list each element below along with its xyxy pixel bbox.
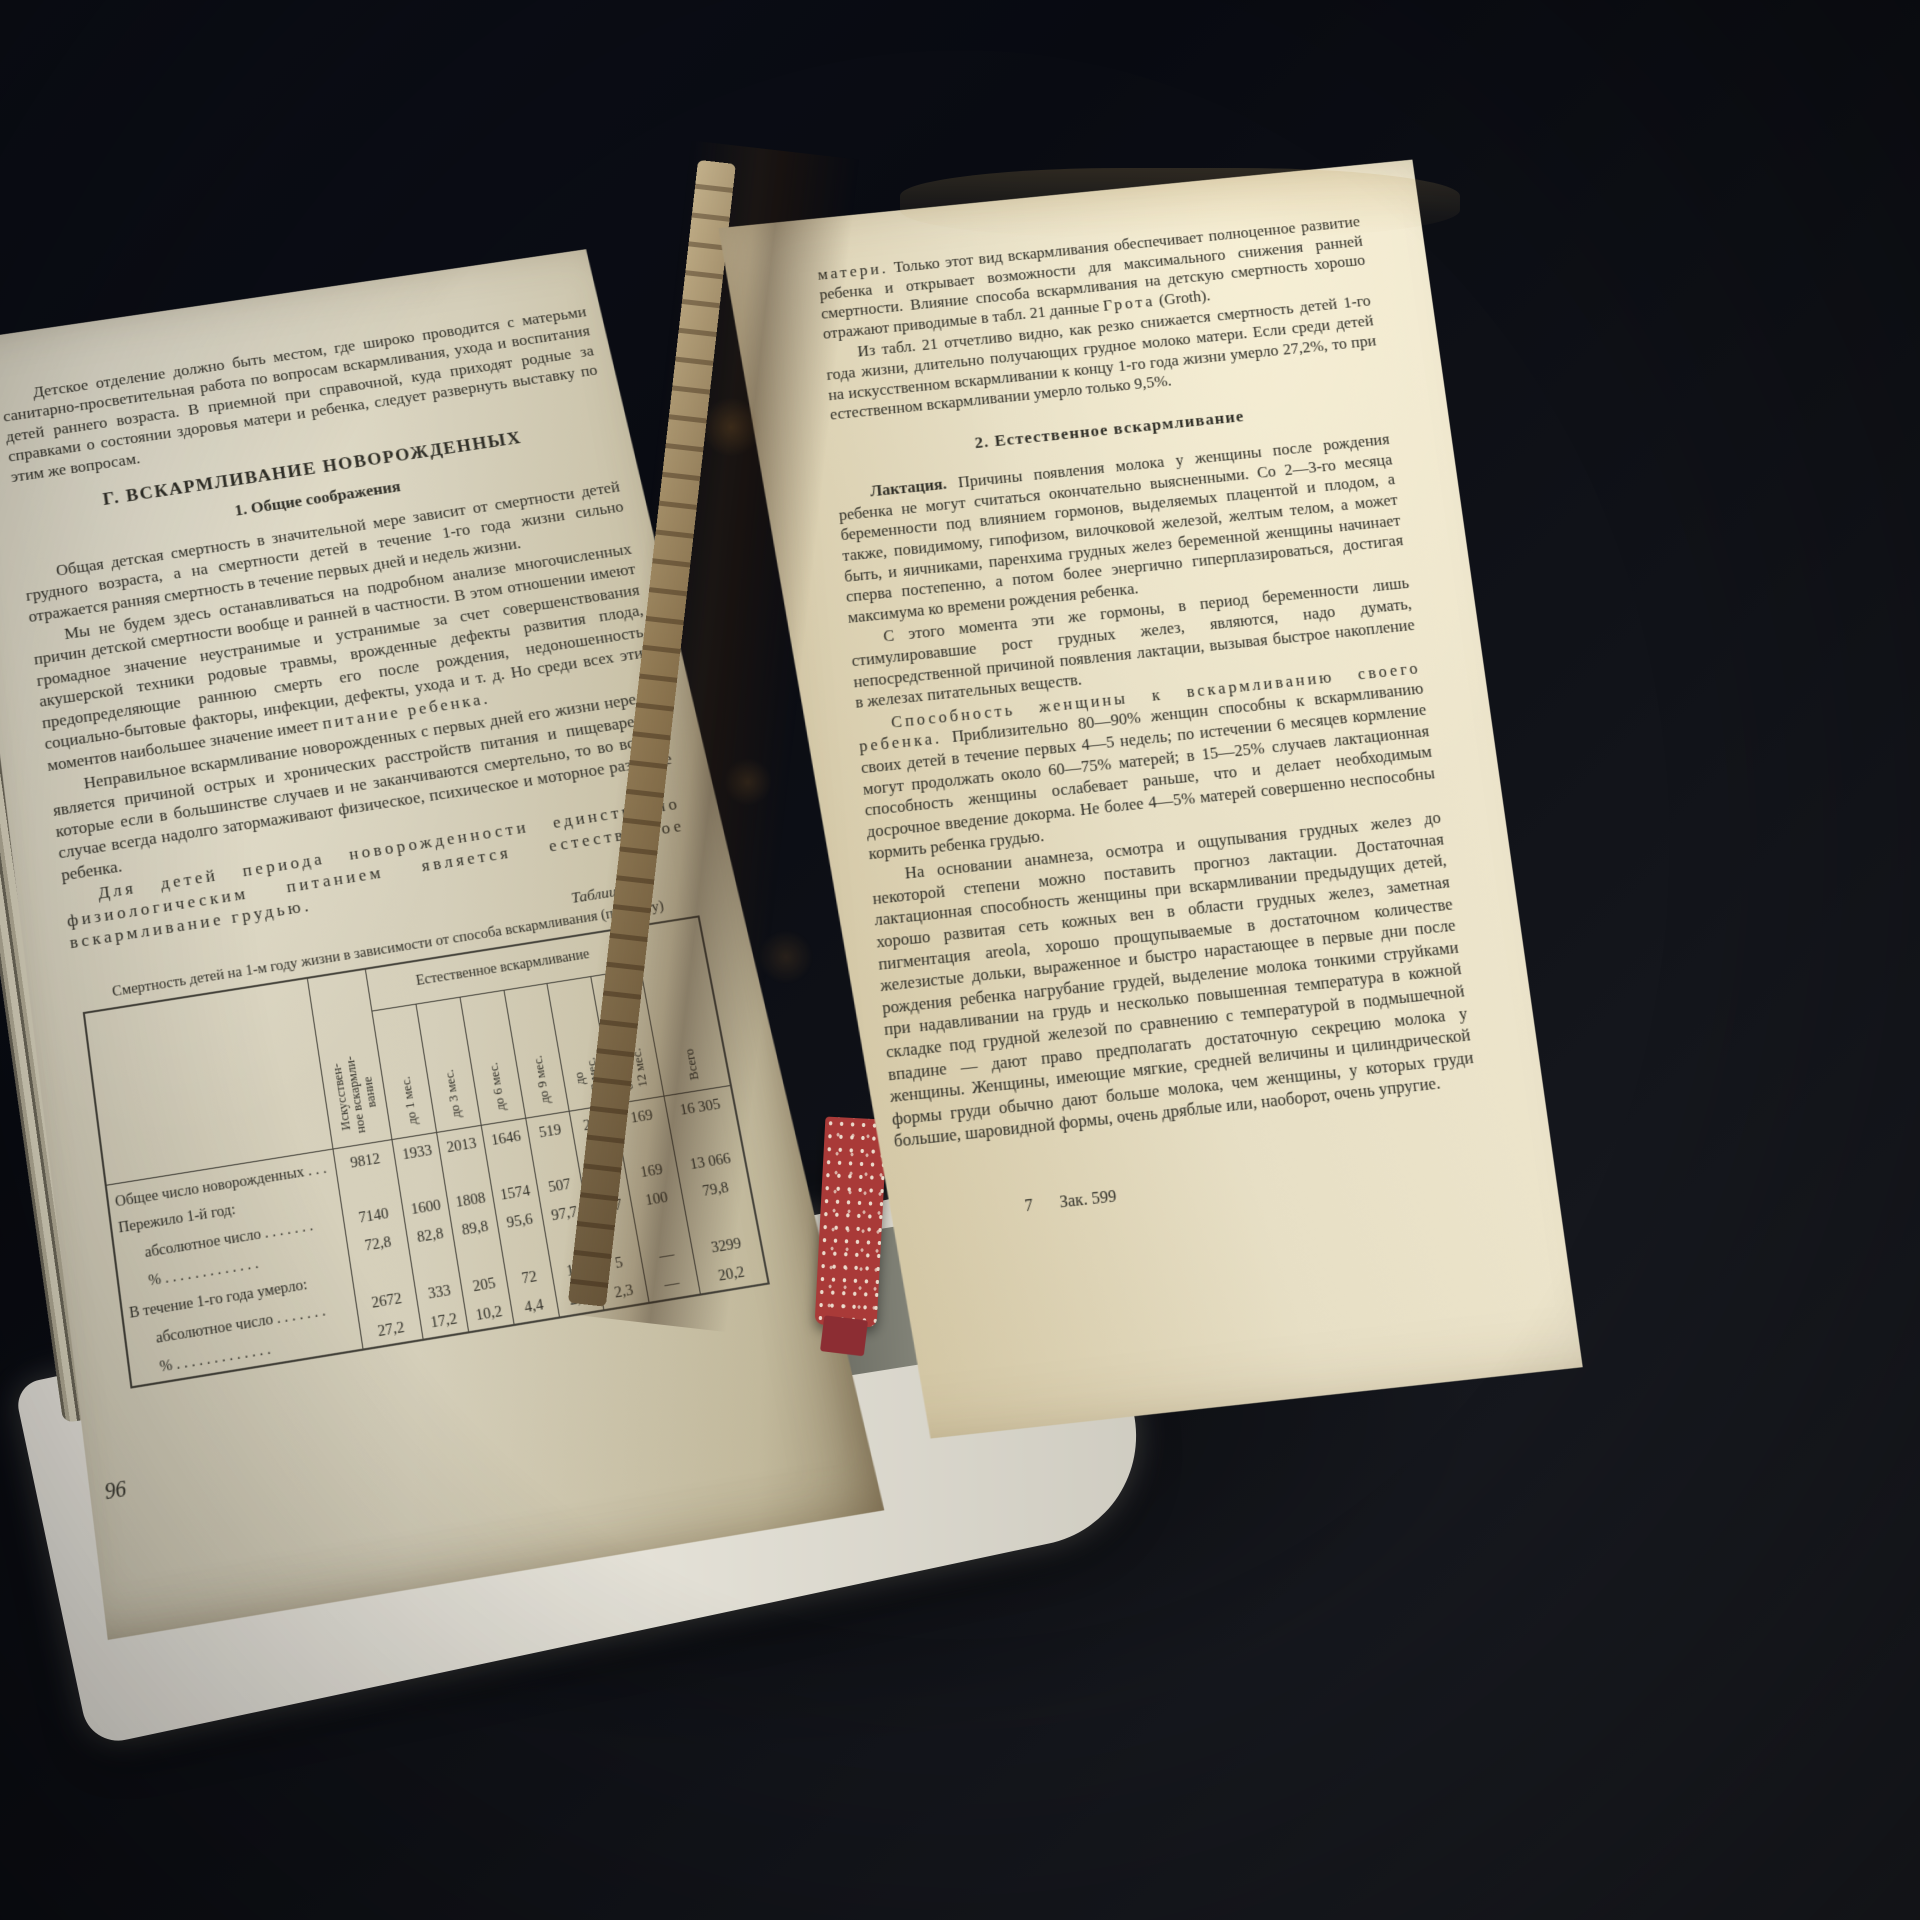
mortality-table-block: Таблица 21 Смертность детей на 1-м году … (73, 870, 772, 1390)
signature-mark: 7Зак. 599 (1024, 1147, 1489, 1219)
cell: 17,2 (419, 1304, 469, 1340)
left-page: Детское отделение должно быть местом, гд… (0, 242, 884, 1640)
vertical-text: до 3 мес. (442, 1068, 464, 1119)
page-number-left: 96 (103, 1477, 127, 1506)
paragraph-text: (Groth). (1154, 286, 1211, 309)
page-stain (724, 758, 772, 806)
page-stain (758, 930, 814, 984)
right-page-content: матери. Только этот вид вскармливания об… (817, 212, 1488, 1232)
paragraph: На основании анамнеза, осмотра и ощупыва… (870, 807, 1478, 1153)
vertical-text: до 6 мес. (486, 1061, 508, 1111)
signature-text: Зак. 599 (1059, 1188, 1117, 1212)
cell: 4,4 (509, 1289, 559, 1325)
vertical-text: Всего (682, 1048, 702, 1081)
vertical-text: до 9 мес. (530, 1054, 552, 1104)
cell: 10,2 (464, 1297, 514, 1333)
red-bookmark-ribbon (815, 1117, 888, 1328)
emphasized-spaced-text: Грота (1102, 292, 1156, 314)
signature-number: 7 (1024, 1197, 1034, 1216)
vertical-text: до 1 мес. (398, 1075, 420, 1126)
photo-of-open-book: Детское отделение должно быть местом, гд… (0, 0, 1920, 1920)
vertical-text: Искусствен- ное вскармли- вание (328, 1053, 382, 1137)
